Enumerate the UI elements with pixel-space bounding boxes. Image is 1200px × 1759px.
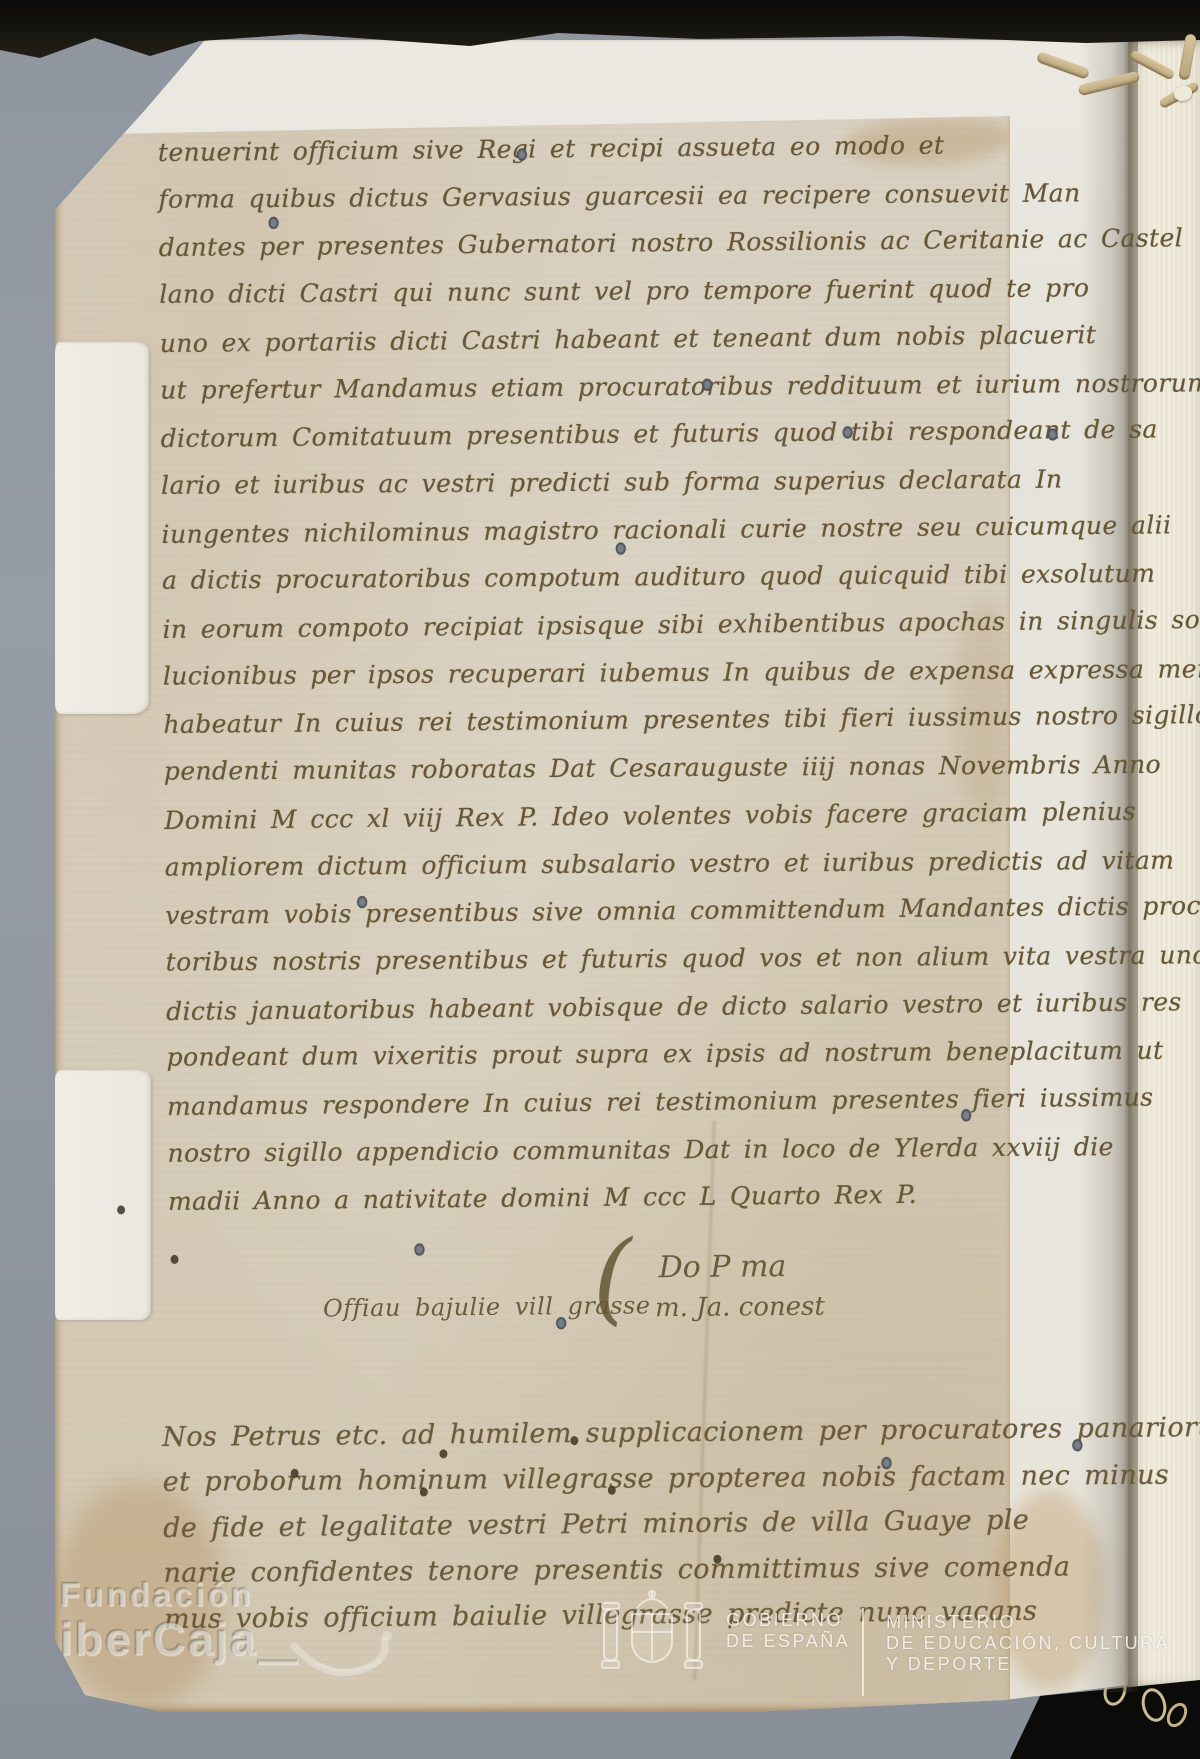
manuscript-sheet: [55, 40, 1010, 1712]
tape-patch-lower: [55, 1070, 151, 1320]
stain: [55, 1480, 225, 1710]
paper-crease: [693, 1120, 716, 1680]
stain: [844, 114, 1016, 169]
stain: [955, 600, 1015, 820]
page-stack: [55, 40, 1128, 1712]
facing-page: [1128, 38, 1200, 1692]
stain: [995, 1490, 1105, 1690]
tape-patch-upper: [55, 342, 149, 714]
archival-photo-canvas: tenuerint officium sive Regi et recipi a…: [0, 0, 1200, 1759]
